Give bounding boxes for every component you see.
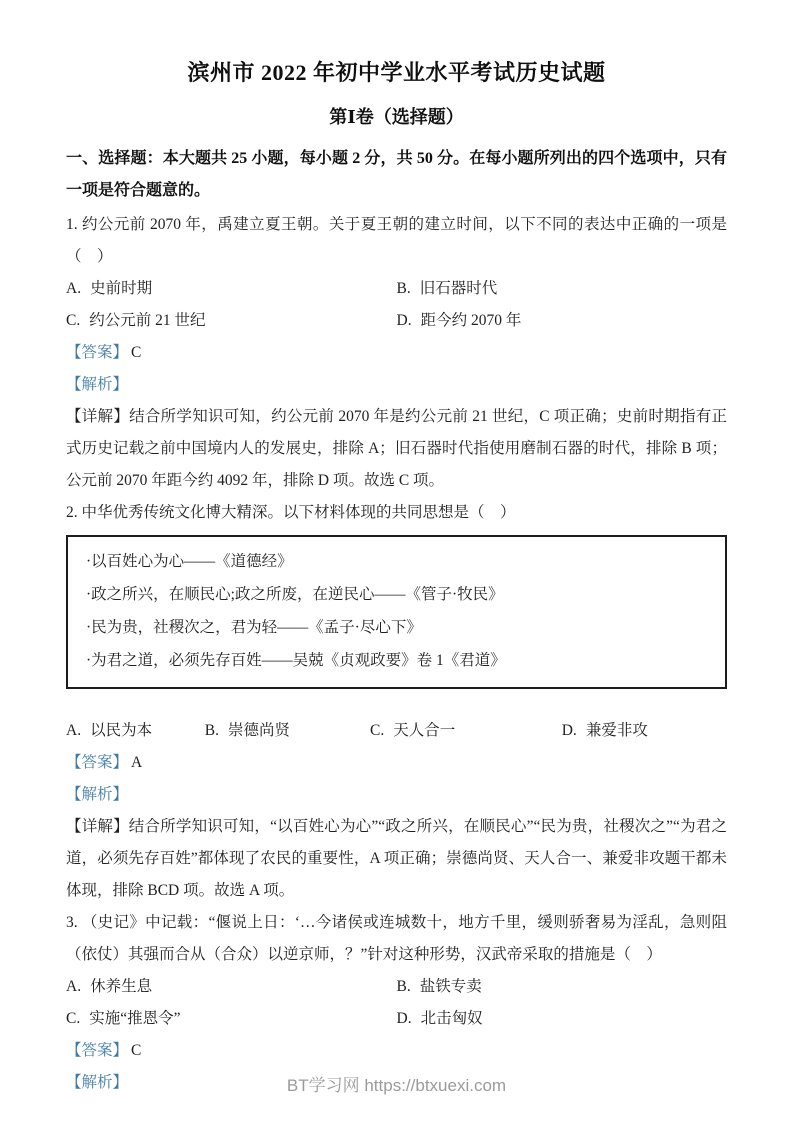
answer-line: 【答案】C	[66, 1035, 727, 1067]
option-text: 北击匈奴	[421, 1010, 483, 1027]
watermark-footer: BT学习网 https://btxuexi.com	[0, 1071, 793, 1096]
analysis-label: 【解析】	[66, 786, 128, 803]
option-b: B.旧石器时代	[397, 273, 728, 305]
option-label: C.	[66, 1010, 80, 1027]
source-material-box: ·以百姓心为心——《道德经》 ·政之所兴，在顺民心;政之所废，在逆民心——《管子…	[66, 535, 727, 689]
detail-label: 【详解】	[66, 818, 129, 835]
answer-label: 【答案】	[66, 1042, 128, 1059]
volume-heading: 第Ⅰ卷（选择题）	[66, 103, 727, 129]
option-text: 休养生息	[90, 978, 152, 995]
analysis-label: 【解析】	[66, 376, 128, 393]
analysis-line: 【解析】	[66, 779, 727, 811]
detail-label: 【详解】	[66, 408, 129, 425]
page-title: 滨州市 2022 年初中学业水平考试历史试题	[66, 56, 727, 87]
detail-text: 结合所学知识可知，“以百姓心为心”“政之所兴，在顺民心”“民为贵，社稷次之”“为…	[66, 818, 727, 899]
question-3-options: A.休养生息 B.盐铁专卖 C.实施“推恩令” D.北击匈奴	[66, 971, 727, 1035]
question-2-options: A.以民为本 B.崇德尚贤 C.天人合一 D.兼爱非攻	[66, 715, 727, 747]
option-label: B.	[397, 280, 411, 297]
answer-label: 【答案】	[66, 754, 128, 771]
option-c: C.天人合一	[370, 715, 562, 747]
option-label: A.	[66, 722, 81, 739]
option-text: 约公元前 21 世纪	[89, 312, 205, 329]
option-c: C.约公元前 21 世纪	[66, 305, 397, 337]
material-quote-1: ·以百姓心为心——《道德经》	[86, 545, 707, 578]
answer-value: C	[131, 1042, 141, 1059]
material-quote-2: ·政之所兴，在顺民心;政之所废，在逆民心——《管子·牧民》	[86, 578, 707, 611]
document-content: 滨州市 2022 年初中学业水平考试历史试题 第Ⅰ卷（选择题） 一、选择题：本大…	[0, 0, 793, 1099]
answer-label: 【答案】	[66, 344, 128, 361]
option-text: 盐铁专卖	[420, 978, 482, 995]
option-text: 以民为本	[90, 722, 152, 739]
option-label: D.	[397, 312, 412, 329]
detail-paragraph: 【详解】结合所学知识可知，约公元前 2070 年是约公元前 21 世纪，C 项正…	[66, 401, 727, 497]
option-text: 距今约 2070 年	[421, 312, 522, 329]
analysis-line: 【解析】	[66, 369, 727, 401]
option-text: 史前时期	[90, 280, 152, 297]
option-label: B.	[397, 978, 411, 995]
material-quote-4: ·为君之道，必须先存百姓——吴兢《贞观政要》卷 1《君道》	[86, 644, 707, 677]
section-instructions: 一、选择题：本大题共 25 小题，每小题 2 分，共 50 分。在每小题所列出的…	[66, 143, 727, 207]
option-text: 兼爱非攻	[586, 722, 648, 739]
exam-document-page: 滨州市 2022 年初中学业水平考试历史试题 第Ⅰ卷（选择题） 一、选择题：本大…	[0, 0, 793, 1122]
question-1: 1. 约公元前 2070 年，禹建立夏王朝。关于夏王朝的建立时间，以下不同的表达…	[66, 209, 727, 497]
option-b: B.崇德尚贤	[205, 715, 370, 747]
option-text: 天人合一	[393, 722, 455, 739]
answer-line: 【答案】A	[66, 747, 727, 779]
answer-value: A	[131, 754, 142, 771]
option-a: A.史前时期	[66, 273, 397, 305]
option-label: A.	[66, 978, 81, 995]
option-label: D.	[397, 1010, 412, 1027]
option-b: B.盐铁专卖	[397, 971, 728, 1003]
option-label: C.	[66, 312, 80, 329]
option-text: 实施“推恩令”	[89, 1010, 180, 1027]
option-d: D.距今约 2070 年	[397, 305, 728, 337]
option-label: A.	[66, 280, 81, 297]
question-2: 2. 中华优秀传统文化博大精深。以下材料体现的共同思想是（ ） ·以百姓心为心—…	[66, 497, 727, 907]
option-a: A.以民为本	[66, 715, 205, 747]
material-quote-3: ·民为贵，社稷次之，君为轻——《孟子·尽心下》	[86, 611, 707, 644]
option-label: C.	[370, 722, 384, 739]
answer-value: C	[131, 344, 141, 361]
question-1-options: A.史前时期 B.旧石器时代 C.约公元前 21 世纪 D.距今约 2070 年	[66, 273, 727, 337]
detail-text: 结合所学知识可知，约公元前 2070 年是约公元前 21 世纪，C 项正确；史前…	[66, 408, 727, 489]
option-label: B.	[205, 722, 219, 739]
option-d: D.北击匈奴	[397, 1003, 728, 1035]
answer-line: 【答案】C	[66, 337, 727, 369]
watermark-text: BT学习网 https://btxuexi.com	[287, 1076, 506, 1095]
option-text: 旧石器时代	[420, 280, 498, 297]
option-d: D.兼爱非攻	[562, 715, 727, 747]
option-text: 崇德尚贤	[228, 722, 290, 739]
question-3-stem: 3. （史记》中记载：“偃说上日：‘…今诸侯或连城数十，地方千里，缓则骄奢易为淫…	[66, 907, 727, 971]
option-a: A.休养生息	[66, 971, 397, 1003]
option-c: C.实施“推恩令”	[66, 1003, 397, 1035]
detail-paragraph: 【详解】结合所学知识可知，“以百姓心为心”“政之所兴，在顺民心”“民为贵，社稷次…	[66, 811, 727, 907]
question-1-stem: 1. 约公元前 2070 年，禹建立夏王朝。关于夏王朝的建立时间，以下不同的表达…	[66, 209, 727, 273]
question-2-stem: 2. 中华优秀传统文化博大精深。以下材料体现的共同思想是（ ）	[66, 497, 727, 529]
option-label: D.	[562, 722, 577, 739]
